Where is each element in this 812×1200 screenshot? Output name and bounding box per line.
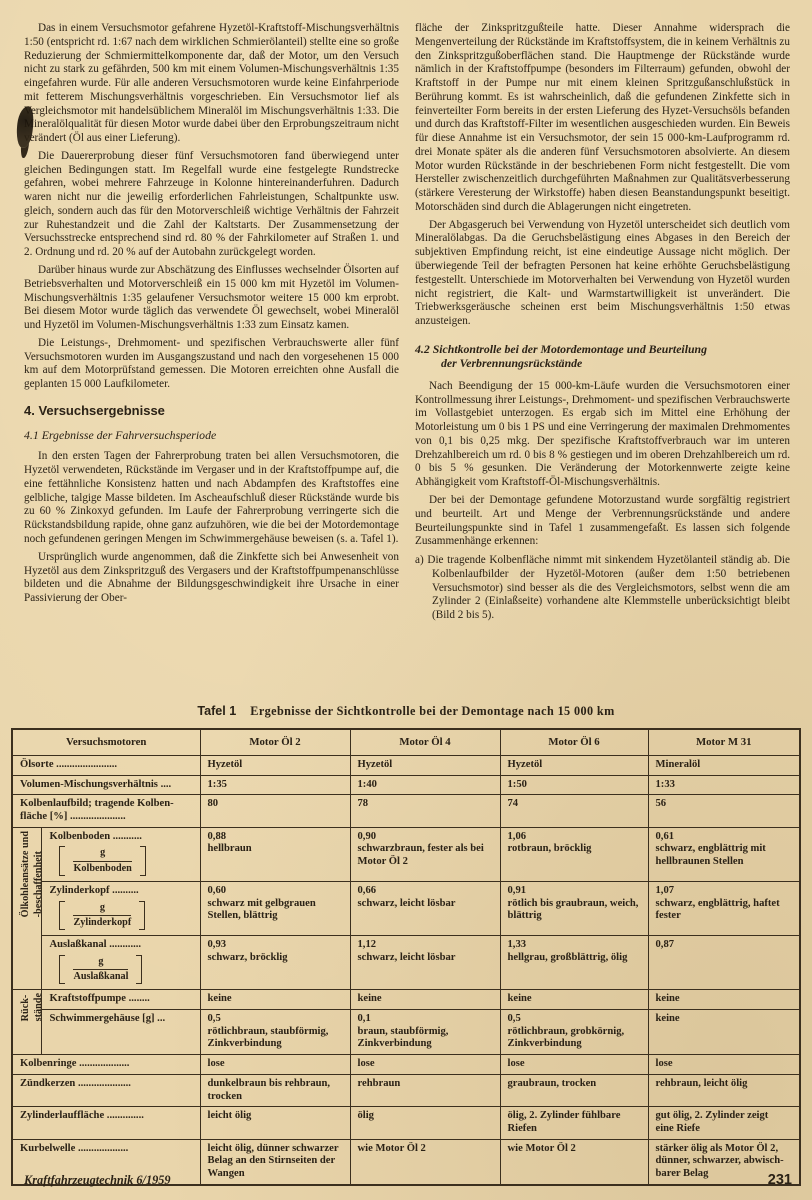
cell: 0,60 schwarz mit gelbgrauen Stellen, blä… (200, 881, 350, 935)
cell: gut ölig, 2. Zylinder zeigt eine Riefe (648, 1107, 800, 1139)
cell: Hyzetöl (200, 755, 350, 775)
fraction-denominator: Kolbenboden (73, 863, 131, 875)
subsection-heading-4-1: 4.1 Ergebnisse der Fahrversuchsperiode (24, 428, 399, 443)
fraction: gZylinderkopf (59, 901, 145, 930)
column-header: Motor M 31 (648, 729, 800, 755)
fraction-denominator: Zylinderkopf (73, 917, 131, 929)
table-row: Ölkohleansätze und -beschaffenheit Kolbe… (12, 827, 800, 881)
cell: 1:40 (350, 775, 500, 795)
cell: 0,93 schwarz, bröcklig (200, 936, 350, 990)
list-item-a: a) Die tragende Kolbenfläche nimmt mit s… (415, 554, 790, 623)
cell: 1,33 hellgrau, großblättrig, ölig (500, 936, 648, 990)
table-row: Rück- stände Kraftstoffpumpe ........ ke… (12, 990, 800, 1010)
cell: Hyzetöl (350, 755, 500, 775)
left-column: Das in einem Versuchsmotor gefahrene Hyz… (24, 22, 399, 688)
table-row: Auslaßkanal ............ gAuslaßkanal 0,… (12, 936, 800, 990)
cell: 74 (500, 795, 648, 827)
cell: 1:35 (200, 775, 350, 795)
table-row: Zylinderlauffläche .............. leicht… (12, 1107, 800, 1139)
rotated-label: Ölkohleansätze und -beschaffenheit (20, 831, 42, 917)
journal-title: Kraftfahrzeugtechnik 6/1959 (24, 1173, 171, 1188)
cell: keine (200, 990, 350, 1010)
rotated-label: Rück- stände (20, 993, 42, 1021)
cell: 1:50 (500, 775, 648, 795)
right-bracket (136, 955, 142, 984)
cell: 78 (350, 795, 500, 827)
cell: 0,87 (648, 936, 800, 990)
row-label-text: Kolbenboden ........... (49, 831, 192, 844)
fraction-numerator: g (73, 847, 131, 861)
cell: 1,12 schwarz, leicht lösbar (350, 936, 500, 990)
section-heading-4: 4. Versuchsergebnisse (24, 403, 399, 419)
cell: 0,5 rötlichbraun, grobkörnig, Zinkverbin… (500, 1009, 648, 1054)
paragraph: Die Dauererprobung dieser fünf Versuchsm… (24, 150, 399, 260)
cell: rehbraun (350, 1074, 500, 1106)
row-group-label-rueckstaende: Rück- stände (12, 990, 42, 1055)
cell: leicht ölig (200, 1107, 350, 1139)
fraction-numerator: g (73, 902, 131, 916)
cell: Hyzetöl (500, 755, 648, 775)
fraction-numerator: g (73, 956, 128, 970)
column-header: Versuchsmotoren (12, 729, 200, 755)
row-label: Zylinderlauffläche .............. (12, 1107, 200, 1139)
cell: 80 (200, 795, 350, 827)
cell: 0,66 schwarz, leicht lösbar (350, 881, 500, 935)
cell: 1,07 schwarz, engblättrig, haftet fester (648, 881, 800, 935)
row-label: Kolbenringe ................... (12, 1055, 200, 1075)
cell: 0,1 braun, staubförmig, Zinkverbindung (350, 1009, 500, 1054)
row-label: Ölsorte ....................... (12, 755, 200, 775)
paragraph: Der Abgasgeruch bei Verwendung von Hyzet… (415, 219, 790, 329)
paragraph: Darüber hinaus wurde zur Abschätzung des… (24, 264, 399, 333)
row-label: Schwimmergehäuse [g] ... (42, 1009, 200, 1054)
fraction: gAuslaßkanal (59, 955, 142, 984)
paragraph: Ursprünglich wurde angenommen, daß die Z… (24, 551, 399, 606)
cell: keine (350, 990, 500, 1010)
paragraph: fläche der Zinkspritzgußteile hatte. Die… (415, 22, 790, 215)
cell: lose (648, 1055, 800, 1075)
column-header: Motor Öl 4 (350, 729, 500, 755)
table-row: Volumen-Mischungsverhältnis .... 1:35 1:… (12, 775, 800, 795)
cell: dunkelbraun bis rehbraun, trocken (200, 1074, 350, 1106)
page-number: 231 (768, 1172, 792, 1188)
table-row: Zündkerzen .................... dunkelbr… (12, 1074, 800, 1106)
row-label: Zündkerzen .................... (12, 1074, 200, 1106)
row-label-text: Auslaßkanal ............ (49, 939, 192, 952)
cell: lose (500, 1055, 648, 1075)
results-table: Versuchsmotoren Motor Öl 2 Motor Öl 4 Mo… (11, 728, 801, 1186)
fraction: gKolbenboden (59, 846, 145, 875)
row-label: Auslaßkanal ............ gAuslaßkanal (42, 936, 200, 990)
table-row: Ölsorte ....................... Hyzetöl … (12, 755, 800, 775)
text-columns: Das in einem Versuchsmotor gefahrene Hyz… (0, 0, 812, 688)
column-header: Motor Öl 6 (500, 729, 648, 755)
cell: keine (648, 990, 800, 1010)
row-label: Volumen-Mischungsverhältnis .... (12, 775, 200, 795)
paragraph: In den ersten Tagen der Fahrerprobung tr… (24, 450, 399, 546)
cell: ölig (350, 1107, 500, 1139)
cell: 1:33 (648, 775, 800, 795)
cell: ölig, 2. Zylinder fühlbare Riefen (500, 1107, 648, 1139)
paragraph: Die Leistungs-, Drehmoment- und spezifis… (24, 337, 399, 392)
table-title-label: Tafel 1 (197, 704, 236, 718)
cell: lose (200, 1055, 350, 1075)
row-group-label-oelkohle: Ölkohleansätze und -beschaffenheit (12, 827, 42, 990)
cell: keine (500, 990, 648, 1010)
table-header-row: Versuchsmotoren Motor Öl 2 Motor Öl 4 Mo… (12, 729, 800, 755)
row-label: Kolbenboden ........... gKolbenboden (42, 827, 200, 881)
cell: 0,91 rötlich bis graubraun, weich, blätt… (500, 881, 648, 935)
paragraph: Das in einem Versuchsmotor gefahrene Hyz… (24, 22, 399, 146)
cell: 56 (648, 795, 800, 827)
cell: 0,61 schwarz, engblättrig mit hellbraune… (648, 827, 800, 881)
cell: graubraun, trocken (500, 1074, 648, 1106)
right-bracket (140, 846, 146, 875)
cell: 0,5 rötlichbraun, staubförmig, Zinkverbi… (200, 1009, 350, 1054)
table-row: Kolbenringe ................... lose los… (12, 1055, 800, 1075)
fraction-denominator: Auslaßkanal (73, 971, 128, 983)
table-title-text: Ergebnisse der Sichtkontrolle bei der De… (250, 704, 614, 718)
table-title: Tafel 1Ergebnisse der Sichtkontrolle bei… (0, 704, 812, 719)
row-label-text: Zylinderkopf .......... (49, 885, 192, 898)
paragraph: Der bei der Demontage gefundene Motorzus… (415, 494, 790, 549)
document-page: Das in einem Versuchsmotor gefahrene Hyz… (0, 0, 812, 1200)
cell: 0,88 hellbraun (200, 827, 350, 881)
table-row: Zylinderkopf .......... gZylinderkopf 0,… (12, 881, 800, 935)
subsection-heading-4-2: 4.2 Sichtkontrolle bei der Motordemontag… (415, 342, 790, 371)
row-label: Kolbenlaufbild; tragende Kolben- fläche … (12, 795, 200, 827)
cell: 1,06 rotbraun, bröcklig (500, 827, 648, 881)
cell: rehbraun, leicht ölig (648, 1074, 800, 1106)
table-row: Schwimmergehäuse [g] ... 0,5 rötlichbrau… (12, 1009, 800, 1054)
page-footer: Kraftfahrzeugtechnik 6/1959 231 (24, 1172, 792, 1188)
cell: 0,90 schwarzbraun, fester als bei Motor … (350, 827, 500, 881)
column-header: Motor Öl 2 (200, 729, 350, 755)
right-bracket (139, 901, 145, 930)
paragraph: Nach Beendigung der 15 000-km-Läufe wurd… (415, 380, 790, 490)
cell: lose (350, 1055, 500, 1075)
row-label: Zylinderkopf .......... gZylinderkopf (42, 881, 200, 935)
right-column: fläche der Zinkspritzgußteile hatte. Die… (415, 22, 790, 688)
row-label: Kraftstoffpumpe ........ (42, 990, 200, 1010)
table-row: Kolbenlaufbild; tragende Kolben- fläche … (12, 795, 800, 827)
cell: keine (648, 1009, 800, 1054)
cell: Mineralöl (648, 755, 800, 775)
